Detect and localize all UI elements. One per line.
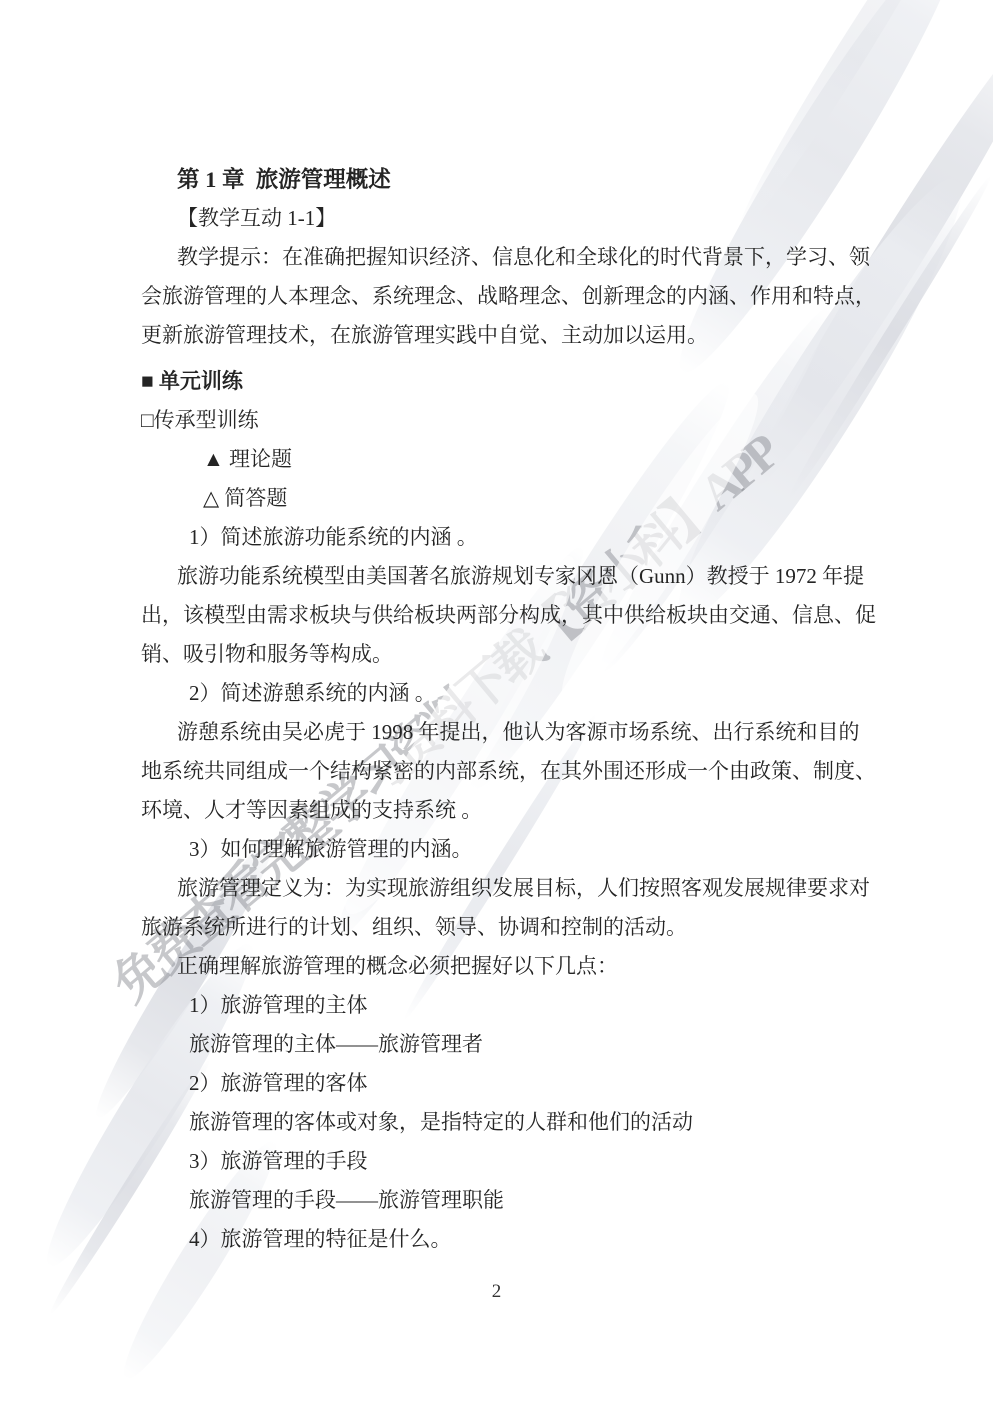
text-line: △ 简答题 [141,479,857,518]
text-line: 环境、人才等因素组成的支持系统 。 [141,791,857,830]
text-line: 1）简述旅游功能系统的内涵 。 [141,518,857,557]
text-line: 旅游管理的手段——旅游管理职能 [141,1181,857,1220]
text-line: 销、吸引物和服务等构成。 [141,635,857,674]
text-line: 旅游功能系统模型由美国著名旅游规划专家冈恩（Gunn）教授于 1972 年提 [141,557,857,596]
text-line: 旅游管理定义为：为实现旅游组织发展目标，人们按照客观发展规律要求对 [141,869,857,908]
text-line: 2）旅游管理的客体 [141,1064,857,1103]
text-line: 出，该模型由需求板块与供给板块两部分构成，其中供给板块由交通、信息、促 [141,596,857,635]
text-line: ■ 单元训练 [141,362,857,401]
text-line: 【教学互动 1-1】 [141,199,857,238]
text-line: 旅游系统所进行的计划、组织、领导、协调和控制的活动。 [141,908,857,947]
text-line: 更新旅游管理技术，在旅游管理实践中自觉、主动加以运用。 [141,316,857,355]
text-line: 旅游管理的客体或对象，是指特定的人群和他们的活动 [141,1103,857,1142]
text-line: 会旅游管理的人本理念、系统理念、战略理念、创新理念的内涵、作用和特点， [141,277,857,316]
text-line: 3）如何理解旅游管理的内涵。 [141,830,857,869]
text-line: ▲ 理论题 [141,440,857,479]
text-line: 第 1 章 旅游管理概述 [141,160,857,199]
text-line: 地系统共同组成一个结构紧密的内部系统，在其外围还形成一个由政策、制度、 [141,752,857,791]
text-line: 3）旅游管理的手段 [141,1142,857,1181]
text-line: 4）旅游管理的特征是什么。 [141,1220,857,1259]
text-line: 教学提示：在准确把握知识经济、信息化和全球化的时代背景下，学习、领 [141,238,857,277]
document-lines: 第 1 章 旅游管理概述【教学互动 1-1】教学提示：在准确把握知识经济、信息化… [141,160,857,1259]
text-line: □传承型训练 [141,401,857,440]
text-line: 1）旅游管理的主体 [141,986,857,1025]
text-line: 正确理解旅游管理的概念必须把握好以下几点： [141,947,857,986]
text-line: 2）简述游憩系统的内涵 。 [141,674,857,713]
page-number: 2 [0,1272,993,1311]
text-line: 旅游管理的主体——旅游管理者 [141,1025,857,1064]
text-line: 游憩系统由吴必虎于 1998 年提出，他认为客源市场系统、出行系统和目的 [141,713,857,752]
